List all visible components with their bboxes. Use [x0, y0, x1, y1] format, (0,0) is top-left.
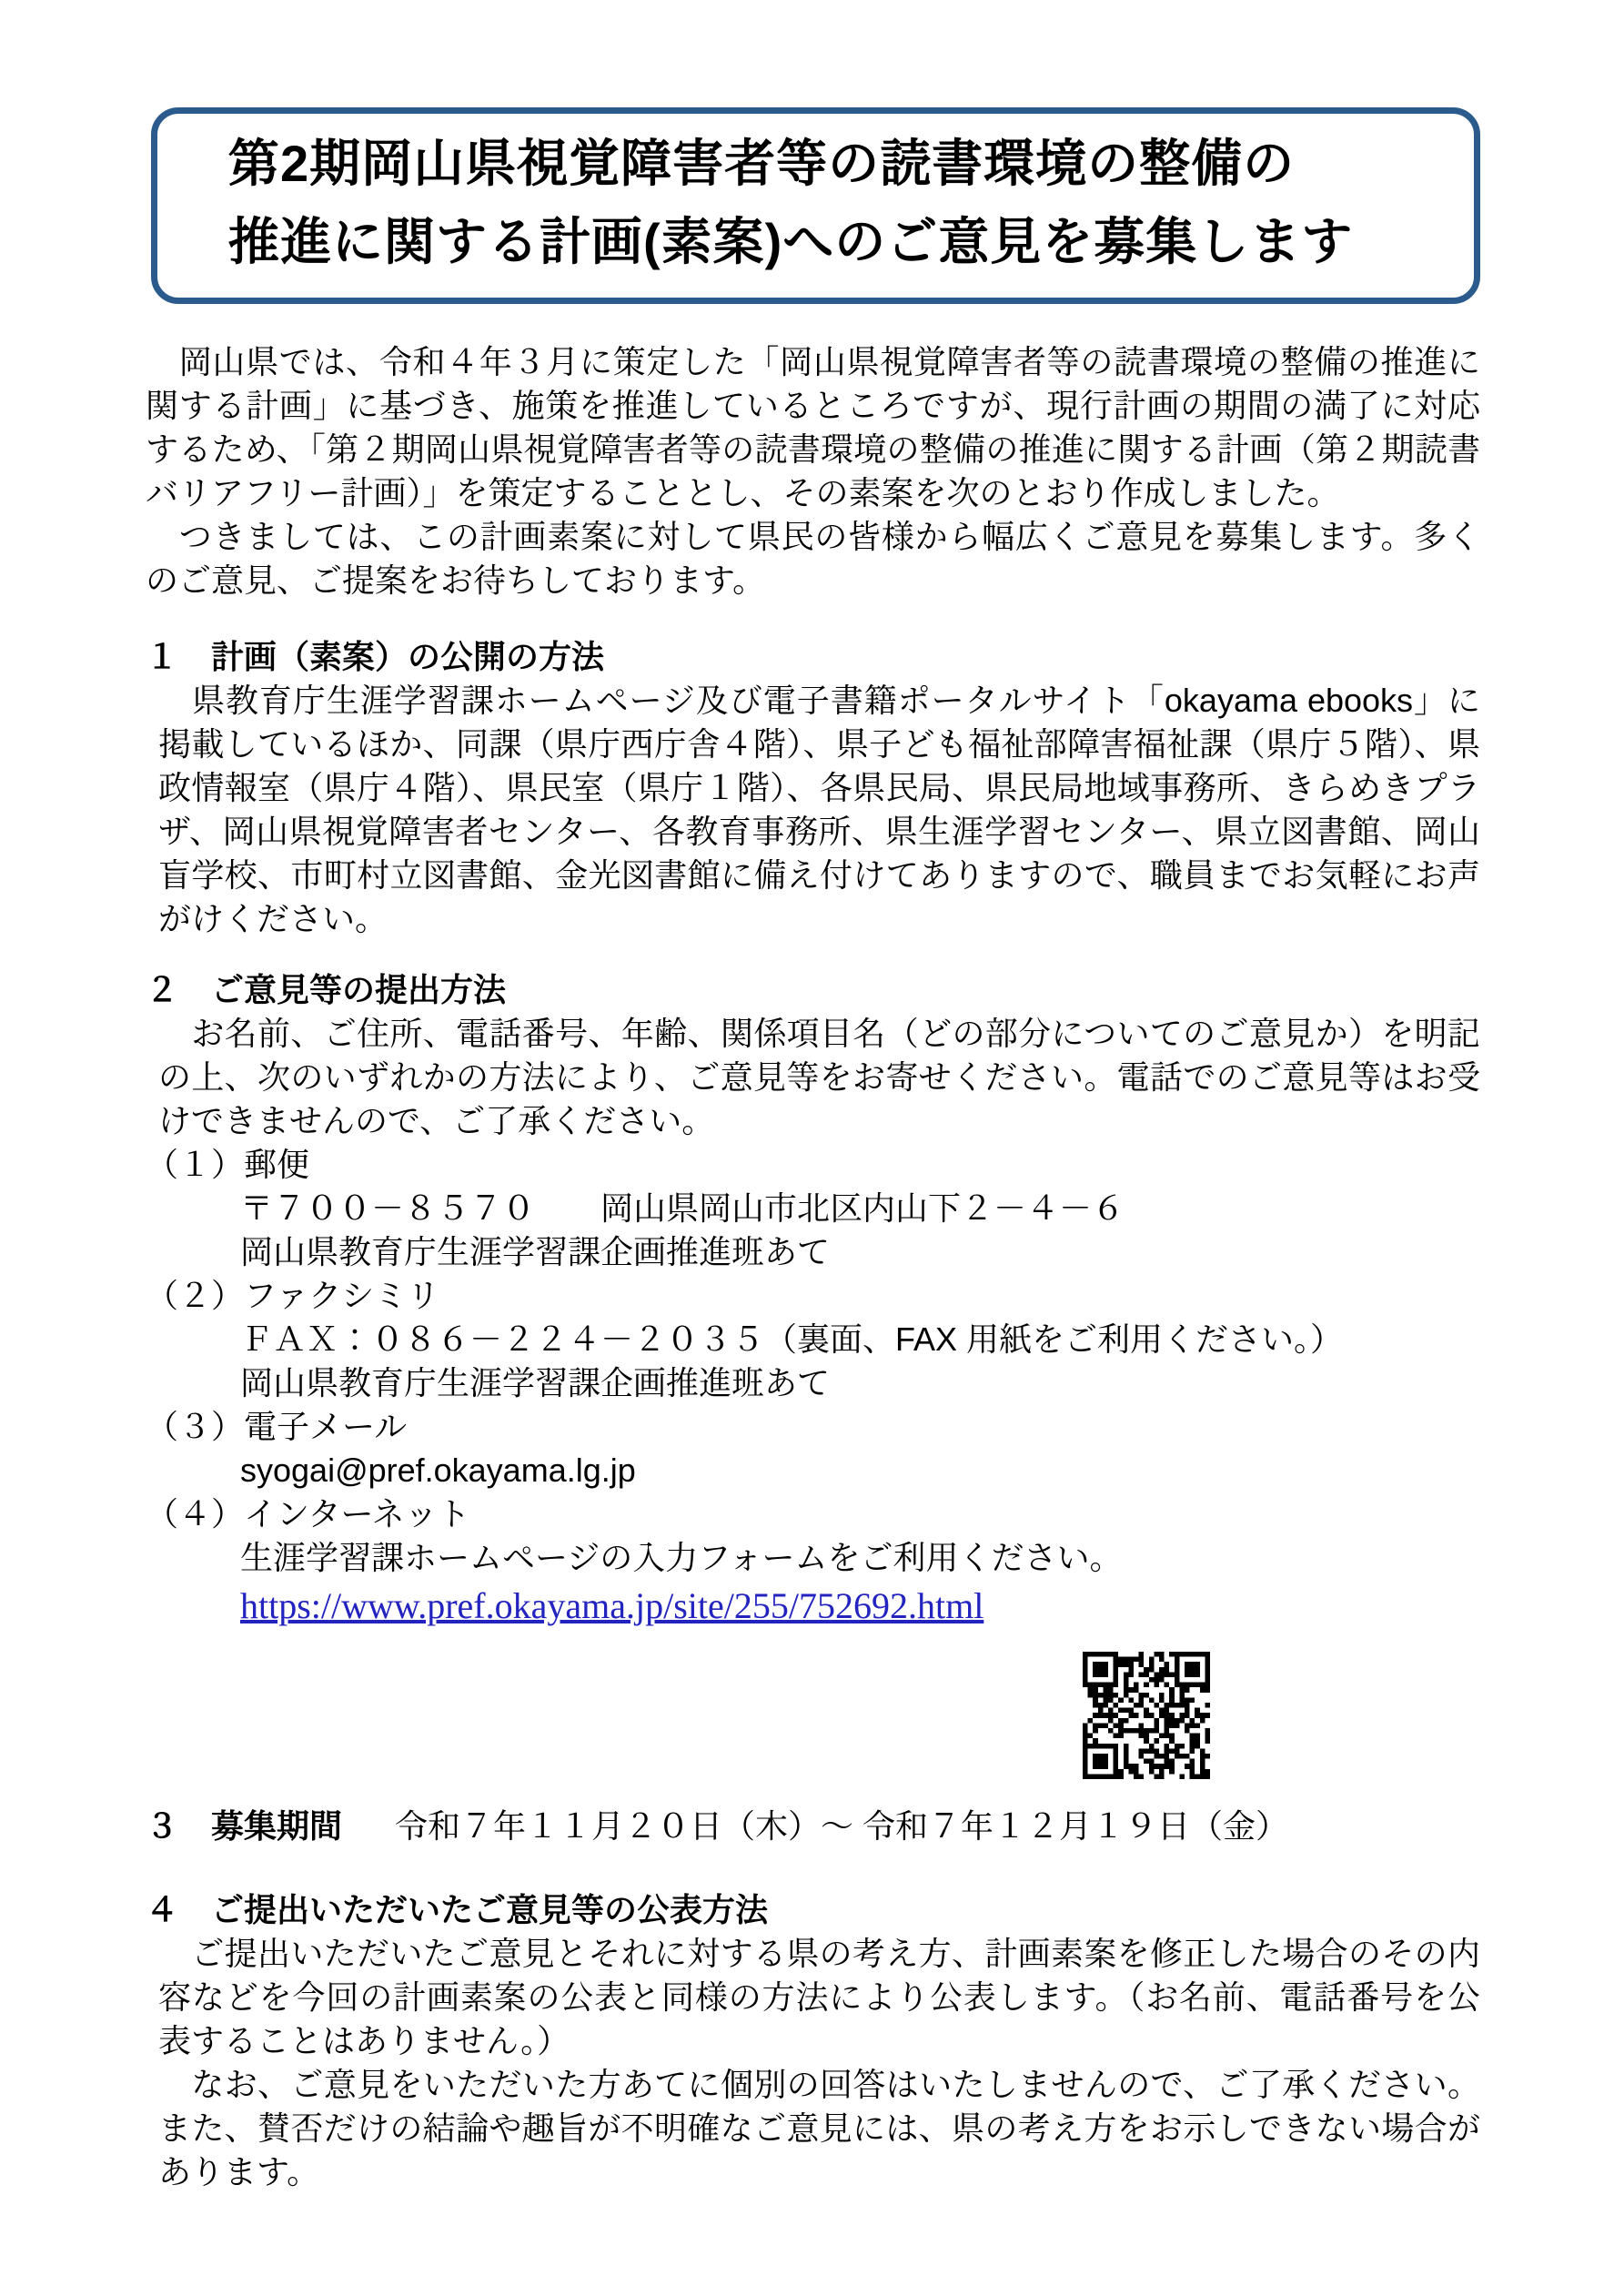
section-1-heading: １ 計画（素案）の公開の方法 — [146, 635, 1480, 679]
page-title-line-2: 推進に関する計画(素案)へのご意見を募集します — [228, 203, 1447, 281]
intro-paragraphs: 岡山県では、令和４年３月に策定した「岡山県視覚障害者等の読書環境の整備の推進に関… — [146, 340, 1480, 602]
page-title-line-1: 第2期岡山県視覚障害者等の読書環境の整備の — [228, 125, 1447, 203]
submission-item-mail: （１）郵便 〒７００－８５７０ 岡山県岡山市北区内山下２－４－６ 岡山県教育庁生… — [146, 1143, 1480, 1274]
section-1-body: 県教育庁生涯学習課ホームページ及び電子書籍ポータルサイト「okayama ebo… — [158, 679, 1480, 941]
postal-recipient-line: 岡山県教育庁生涯学習課企画推進班あて — [240, 1230, 1480, 1274]
submission-item-fax: （２）ファクシミリ ＦＡＸ：０８６－２２４－２０３５（裏面、FAX 用紙をご利用… — [146, 1274, 1480, 1405]
section-period: ３ 募集期間令和７年１１月２０日（木）～ 令和７年１２月１９日（金） — [146, 1805, 1480, 1848]
section-publication-method: １ 計画（素案）の公開の方法 県教育庁生涯学習課ホームページ及び電子書籍ポータル… — [146, 635, 1480, 941]
form-link-row: https://www.pref.okayama.jp/site/255/752… — [240, 1580, 1480, 1641]
fax-number-line: ＦＡＸ：０８６－２２４－２０３５（裏面、FAX 用紙をご利用ください。） — [240, 1318, 1480, 1361]
title-box: 第2期岡山県視覚障害者等の読書環境の整備の 推進に関する計画(素案)へのご意見を… — [151, 107, 1480, 304]
internet-instruction-line: 生涯学習課ホームページの入力フォームをご利用ください。 — [240, 1536, 1480, 1580]
opinion-form-link[interactable]: https://www.pref.okayama.jp/site/255/752… — [240, 1585, 983, 1626]
section-4-paragraph-2: なお、ご意見をいただいた方あてに個別の回答はいたしませんので、ご了承ください。ま… — [158, 2063, 1480, 2194]
postal-address-line: 〒７００－８５７０ 岡山県岡山市北区内山下２－４－６ — [240, 1187, 1480, 1230]
section-4-paragraph-1: ご提出いただいたご意見とそれに対する県の考え方、計画素案を修正した場合のその内容… — [158, 1932, 1480, 2063]
intro-paragraph-2: つきましては、この計画素案に対して県民の皆様から幅広くご意見を募集します。多くの… — [146, 515, 1480, 602]
item-1-label: （１）郵便 — [146, 1143, 1480, 1187]
section-submission-method: ２ ご意見等の提出方法 お名前、ご住所、電話番号、年齢、関係項目名（どの部分につ… — [146, 968, 1480, 1779]
fax-recipient-line: 岡山県教育庁生涯学習課企画推進班あて — [240, 1361, 1480, 1405]
section-2-lead: お名前、ご住所、電話番号、年齢、関係項目名（どの部分についてのご意見か）を明記の… — [158, 1012, 1480, 1143]
section-4-heading: ４ ご提出いただいたご意見等の公表方法 — [146, 1888, 1480, 1932]
section-3-heading: ３ 募集期間 — [146, 1807, 342, 1845]
submission-item-email: （３）電子メール syogai@pref.okayama.lg.jp — [146, 1405, 1480, 1492]
section-2-heading: ２ ご意見等の提出方法 — [146, 968, 1480, 1012]
email-address: syogai@pref.okayama.lg.jp — [240, 1449, 1480, 1492]
item-2-label: （２）ファクシミリ — [146, 1274, 1480, 1318]
qr-code-image — [1083, 1652, 1210, 1779]
item-3-label: （３）電子メール — [146, 1405, 1480, 1449]
submission-item-internet: （４）インターネット 生涯学習課ホームページの入力フォームをご利用ください。 h… — [146, 1492, 1480, 1779]
section-publication-of-opinions: ４ ご提出いただいたご意見等の公表方法 ご提出いただいたご意見とそれに対する県の… — [146, 1888, 1480, 2194]
application-period: 令和７年１１月２０日（木）～ 令和７年１２月１９日（金） — [395, 1807, 1288, 1845]
item-4-label: （４）インターネット — [146, 1492, 1480, 1536]
qr-code-icon — [1083, 1652, 1210, 1779]
document-page: 第2期岡山県視覚障害者等の読書環境の整備の 推進に関する計画(素案)へのご意見を… — [0, 0, 1624, 2296]
intro-paragraph-1: 岡山県では、令和４年３月に策定した「岡山県視覚障害者等の読書環境の整備の推進に関… — [146, 340, 1480, 515]
